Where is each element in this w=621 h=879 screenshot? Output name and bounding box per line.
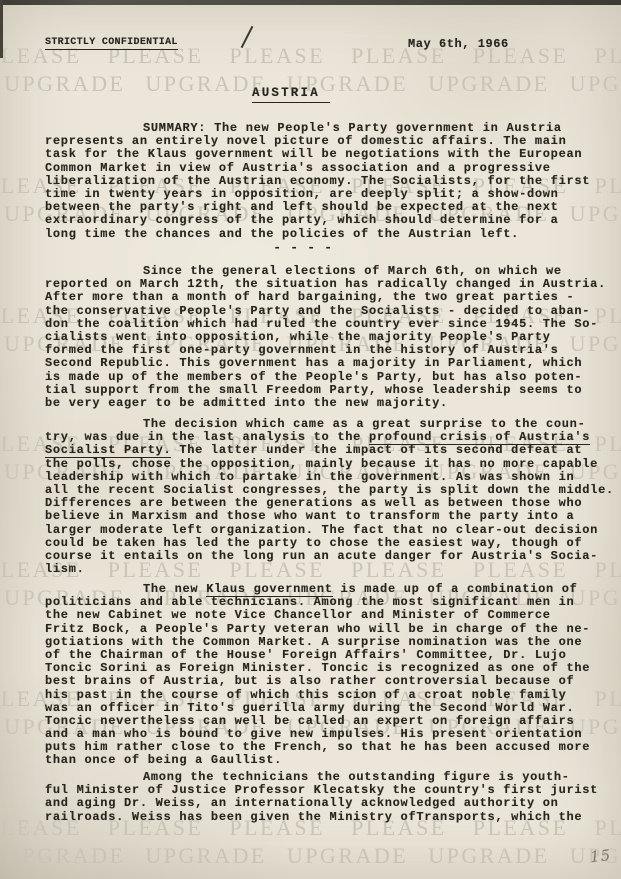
document-content: STRICTLY CONFIDENTIAL May 6th, 1966 AUST… [0, 0, 621, 879]
text-line: than once of being a Gaullist. [45, 754, 605, 767]
text-line: lism. [45, 563, 605, 576]
paragraph-2: Since the general elections of March 6th… [45, 265, 605, 410]
document-page: PLEASEPLEASEPLEASEPLEASEPLEASEPLEASEUPGR… [0, 0, 621, 879]
confidential-stamp: STRICTLY CONFIDENTIAL [45, 37, 178, 50]
paragraph-1: SUMMARY: The new People's Party governme… [45, 122, 605, 241]
handwritten-slash-mark [241, 26, 254, 48]
paragraph-5: Among the technicians the outstanding fi… [45, 771, 605, 824]
document-date: May 6th, 1966 [408, 37, 509, 51]
paragraph-4: The new Klaus government is made up of a… [45, 583, 605, 768]
paper-edge-top [0, 0, 621, 5]
text-line: railroads. Weiss has been given the Mini… [45, 811, 605, 824]
document-title: AUSTRIA [252, 86, 330, 103]
paper-edge-left [0, 0, 3, 58]
text-line: be very eager to be admitted into the ne… [45, 397, 605, 410]
section-separator: - - - - [45, 240, 561, 255]
text-line: long time the chances and the policies o… [45, 228, 605, 241]
paragraph-3: The decision which came as a great surpr… [45, 418, 605, 576]
handwritten-page-number: 15 [589, 846, 612, 866]
text-line: course it entails on the long run an acu… [45, 550, 605, 563]
